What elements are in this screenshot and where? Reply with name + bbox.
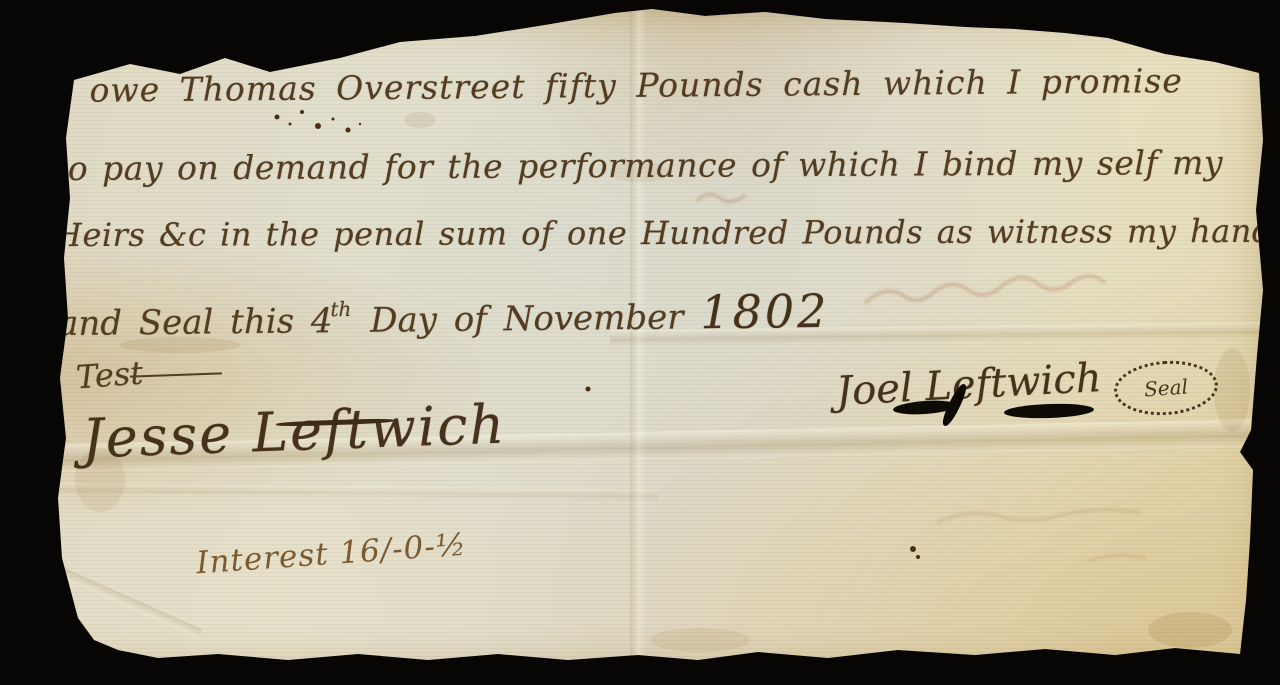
note-date-line: and Seal this 4th Day of November 1802 [58,284,830,346]
date-line-prefix: and Seal this 4 [58,301,333,344]
seal-label: Seal [1143,375,1188,402]
note-body-line-2: to pay on demand for the performance of … [54,143,1223,188]
note-body-line-1: I owe Thomas Overstreet fifty Pounds cas… [56,61,1183,110]
paper-sheet: I owe Thomas Overstreet fifty Pounds cas… [0,0,1280,685]
witness-signature: Jesse Leftwich [81,393,507,471]
scan-background: I owe Thomas Overstreet fifty Pounds cas… [0,0,1280,685]
date-ordinal-superscript: th [330,297,351,321]
date-year: 1802 [700,284,830,339]
seal-stamp: Seal [1112,357,1220,418]
date-line-middle: Day of November [353,297,700,341]
note-body-line-3: Heirs &c in the penal sum of one Hundred… [54,212,1273,254]
endorsement-interest-note: Interest 16/-0-½ [195,527,468,582]
attestation-flourish [130,372,222,377]
fold-crease-bottom-left [24,552,202,638]
fold-crease-horizontal-lower [58,483,658,501]
